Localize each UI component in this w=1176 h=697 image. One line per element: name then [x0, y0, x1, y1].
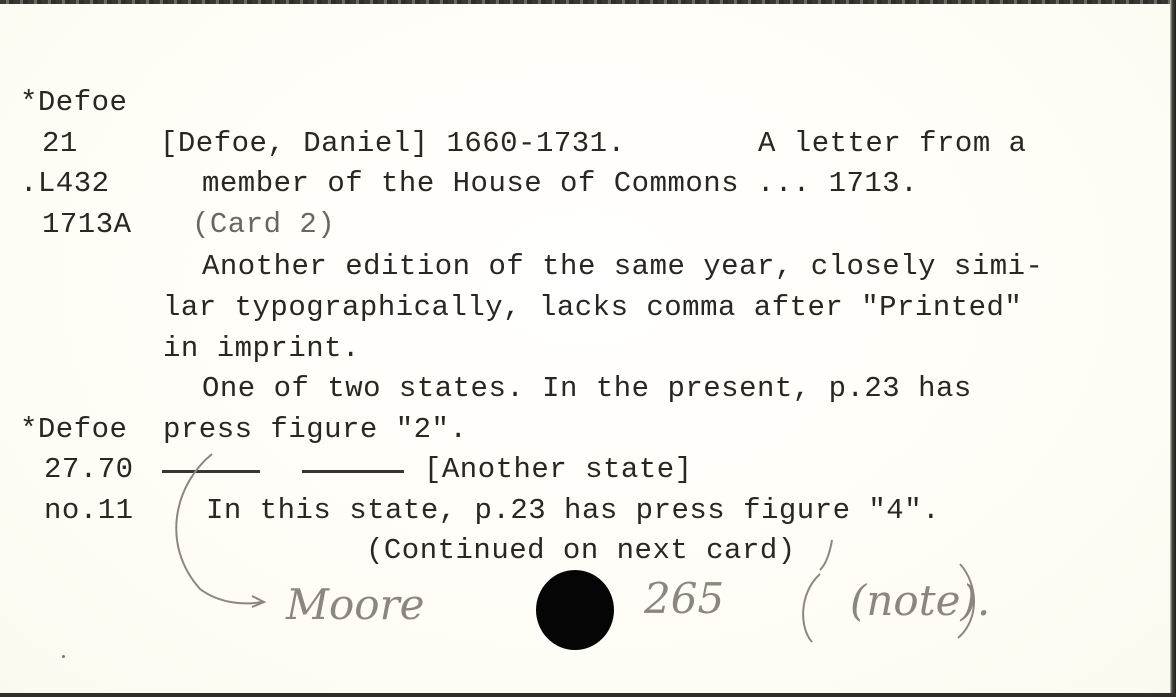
card-bottom-edge [0, 693, 1176, 697]
catalog-card: *Defoe 21 .L432 1713A [Defoe, Daniel] 16… [0, 4, 1170, 693]
card-punch-hole [536, 570, 614, 650]
handwritten-reference-note: (note). [850, 580, 990, 622]
speck [62, 655, 65, 658]
card-right-edge [1170, 0, 1176, 697]
handwritten-reference-name: Moore [286, 584, 425, 626]
handwritten-reference-number: 265 [644, 578, 724, 620]
